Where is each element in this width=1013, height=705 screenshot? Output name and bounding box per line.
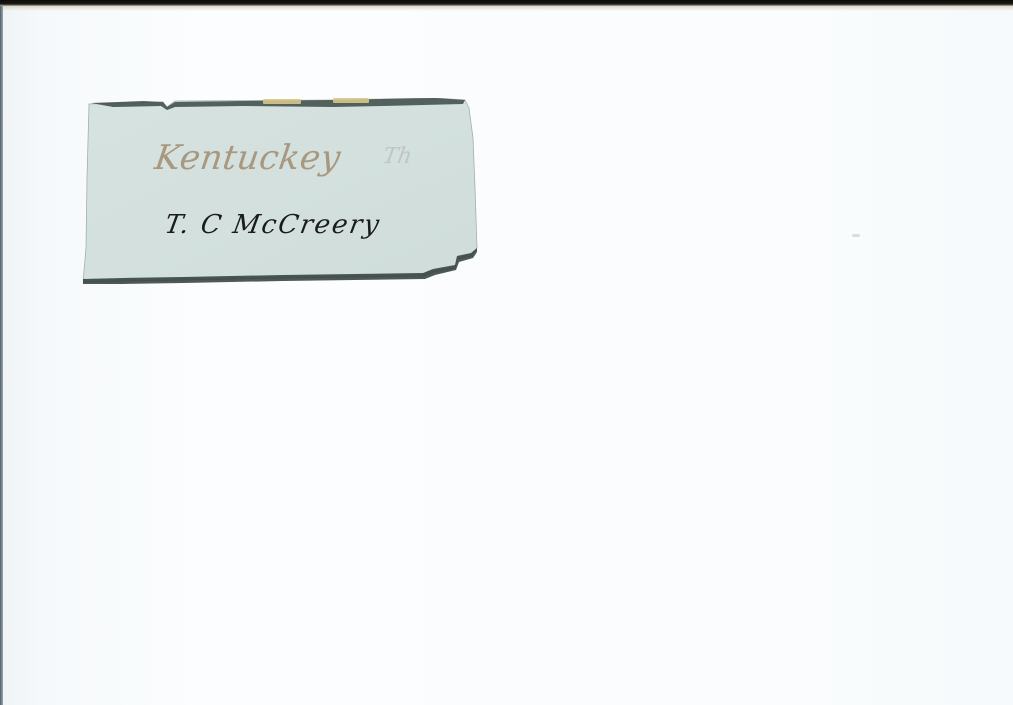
handwriting-faint-annotation: Th xyxy=(381,144,414,169)
card-left-edge xyxy=(0,6,3,705)
autograph-clipping: Kentuckey Th T. C McCreery xyxy=(83,98,481,284)
torn-paper-shape xyxy=(83,98,481,284)
handwriting-state: Kentuckey xyxy=(152,138,343,178)
scanned-card: Kentuckey Th T. C McCreery xyxy=(0,0,1013,705)
handwriting-signature: T. C McCreery xyxy=(162,210,383,240)
dust-speck xyxy=(852,234,860,237)
scanner-top-shadow xyxy=(0,6,1013,11)
